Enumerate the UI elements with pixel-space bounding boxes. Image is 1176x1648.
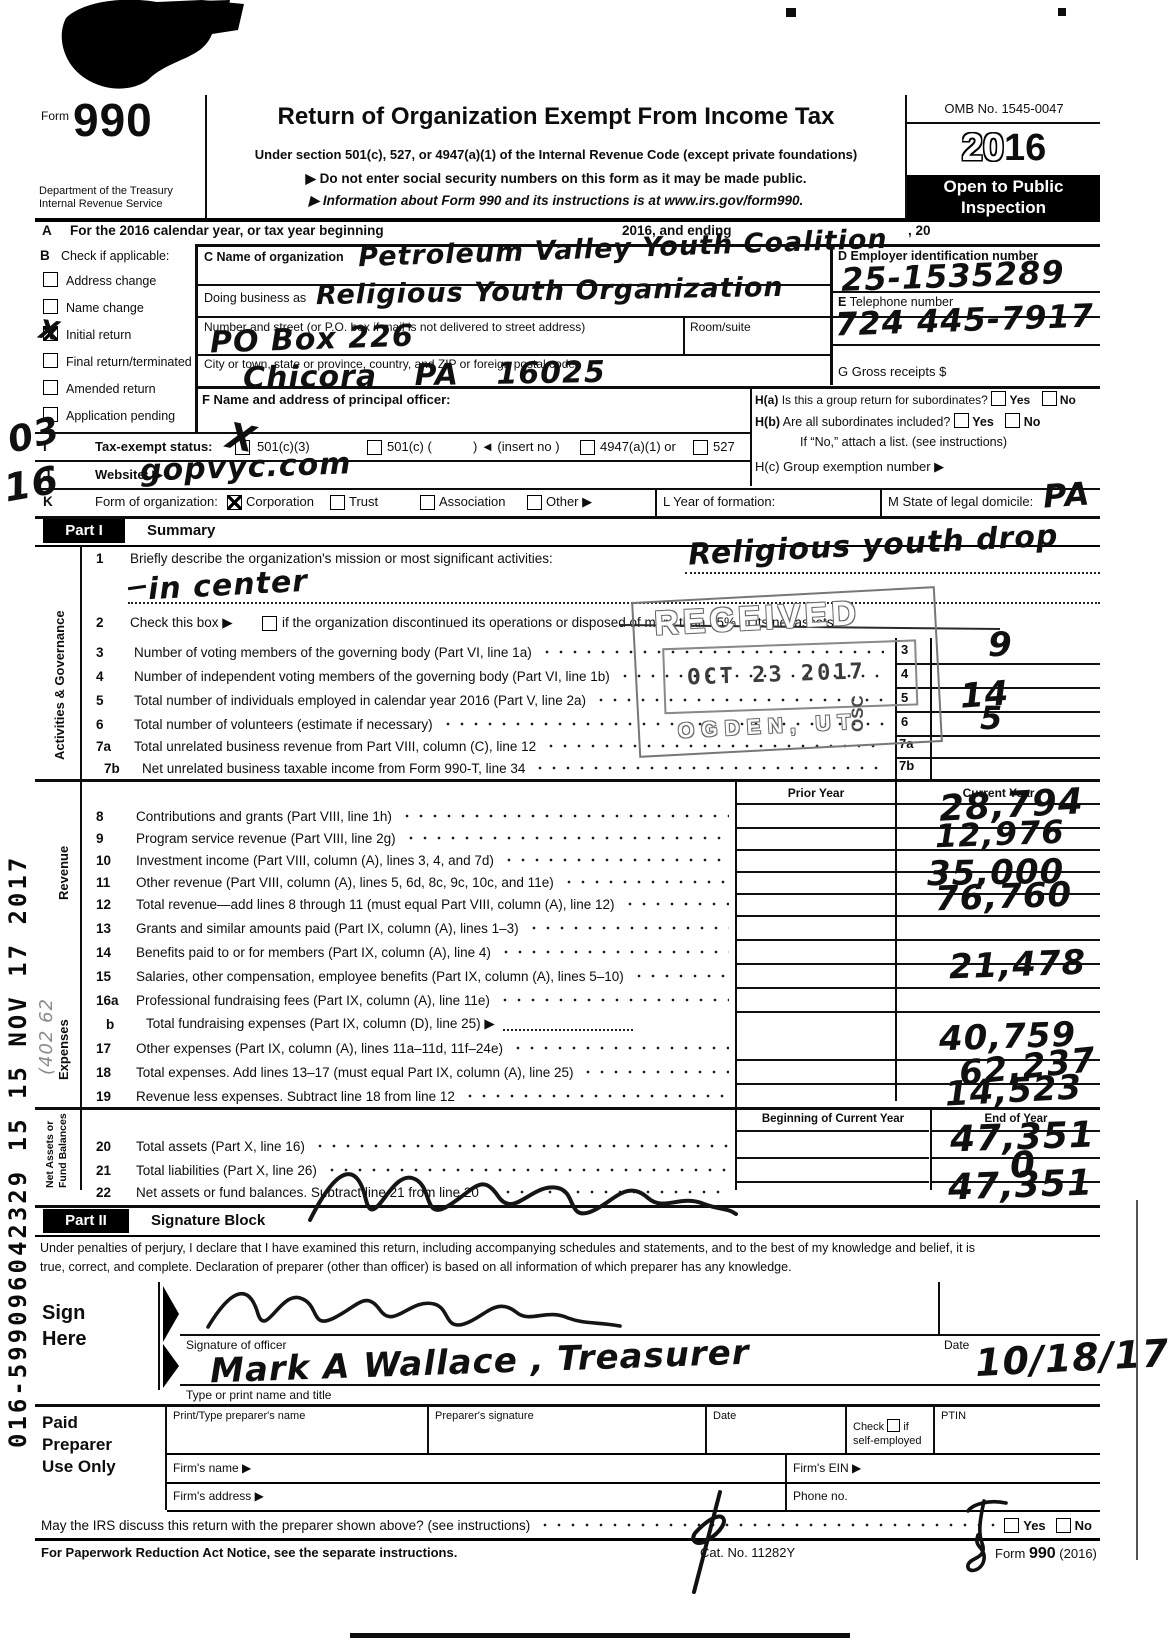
divider (785, 1455, 787, 1482)
header-bullet-1: ▶ Do not enter social security numbers o… (210, 171, 902, 187)
corporation-label: Corporation (246, 494, 314, 509)
line-2-discontinued: 2 Check this box ▶ if the organization d… (90, 612, 1100, 636)
treasury-dept-label: Department of the Treasury Internal Reve… (39, 185, 173, 211)
hc-label: H(c) Group exemption number ▶ (755, 459, 944, 475)
dba-label: Doing business as (204, 291, 306, 305)
line-a-num: A (42, 223, 52, 238)
checkbox-final-return[interactable]: Final return/terminated (43, 353, 192, 371)
divider (35, 779, 1100, 782)
omb-number: OMB No. 1545-0047 (909, 101, 1099, 116)
line-8-prior[interactable] (737, 805, 895, 829)
dot-leader (630, 970, 729, 982)
4947-label: 4947(a)(1) or (600, 439, 676, 454)
line-a-text3: , 20 (908, 223, 931, 238)
discontinued-checkbox[interactable] (262, 616, 277, 631)
line-11-prior[interactable] (737, 871, 895, 895)
fundraising-dotted-line (503, 1017, 633, 1031)
line-21-begin[interactable] (737, 1159, 929, 1183)
line-9-current[interactable]: 12,976 (897, 827, 1100, 851)
line-3-value[interactable]: 9 (932, 641, 1100, 665)
date-label: Date (944, 1338, 969, 1352)
col-header-prior-year: Prior Year (737, 786, 895, 805)
checkbox-icon[interactable] (43, 380, 58, 395)
page-title: Return of Organization Exempt From Incom… (210, 103, 902, 131)
divider (705, 1407, 707, 1453)
header-bullet-2: ▶ Information about Form 990 and its ins… (210, 193, 902, 209)
checkbox-icon[interactable] (43, 353, 58, 368)
divider (158, 1282, 160, 1390)
margin-mark-16: 16 (1, 458, 63, 511)
form-header: Form 990 Department of the Treasury Inte… (35, 95, 1100, 222)
dot-leader (536, 1519, 998, 1531)
trust-checkbox[interactable] (330, 495, 345, 510)
faint-margin-scribble: (402 62 (36, 925, 57, 1075)
dot-leader (497, 946, 729, 958)
line-22-end[interactable]: 47,351 (932, 1181, 1100, 1203)
year-formation-label: L Year of formation: (663, 494, 775, 509)
type-print-label: Type or print name and title (186, 1388, 331, 1402)
line-18-prior[interactable] (737, 1061, 895, 1085)
checkbox-application-pending[interactable]: Application pending (43, 407, 175, 425)
sidebar-label-governance: Activities & Governance (52, 548, 67, 760)
scan-speck (786, 8, 796, 17)
received-stamp-datebox: OCT 23 2017 (662, 639, 918, 714)
dot-leader (398, 810, 729, 822)
line-k-org-form: K Form of organization: Corporation Trus… (35, 490, 1100, 516)
summary-line-20: 20Total assets (Part X, line 16) (90, 1135, 735, 1157)
tax-year: 2016 (909, 127, 1099, 170)
sign-here-label: Sign Here (42, 1300, 86, 1352)
received-stamp-location: OGDEN, UT (677, 710, 858, 743)
association-label: Association (439, 494, 505, 509)
dot-leader (531, 762, 884, 774)
line-10-prior[interactable] (737, 849, 895, 873)
part1-tag: Part I (43, 519, 125, 543)
section-b-checkboxes: B Check if applicable: Address change Na… (35, 246, 195, 432)
divider (785, 1484, 787, 1510)
preparer-row-2: Firm's name ▶ Firm's EIN ▶ (167, 1455, 1100, 1484)
summary-line-17: 17Other expenses (Part IX, column (A), l… (90, 1037, 735, 1059)
association-checkbox[interactable] (420, 495, 435, 510)
summary-line-18: 18Total expenses. Add lines 13–17 (must … (90, 1061, 735, 1083)
divider (80, 545, 82, 1190)
dot-leader (496, 994, 729, 1006)
summary-line-14: 14Benefits paid to or for members (Part … (90, 941, 735, 963)
firm-ein-label: Firm's EIN ▶ (793, 1461, 861, 1475)
sidebar-label-revenue: Revenue (56, 782, 71, 900)
summary-line-19: 19Revenue less expenses. Subtract line 1… (90, 1085, 735, 1107)
c-name-label: C Name of organization (204, 250, 344, 264)
section-g-gross: G Gross receipts $ (833, 346, 1100, 386)
section-c-city: City or town, state or province, country… (198, 356, 830, 386)
line-9-prior[interactable] (737, 827, 895, 851)
501c-checkbox[interactable] (367, 440, 382, 455)
line-j-website: J Website: ▶ gopvyc.com (35, 462, 752, 488)
dot-leader (509, 1042, 729, 1054)
summary-line-9: 9Program service revenue (Part VIII, lin… (90, 827, 735, 849)
corporation-checkbox[interactable] (227, 495, 242, 510)
scan-speck (1058, 8, 1066, 16)
summary-line-10: 10Investment income (Part VIII, column (… (90, 849, 735, 871)
website-value[interactable]: gopvyc.com (139, 446, 352, 488)
form-990-page: Form 990 Department of the Treasury Inte… (0, 0, 1176, 1648)
summary-line-16b: bTotal fundraising expenses (Part IX, co… (90, 1013, 735, 1035)
room-suite-label: Room/suite (690, 320, 751, 334)
divider (683, 318, 685, 354)
pen-mark-bottom-right (960, 1495, 1015, 1575)
other-label: Other ▶ (546, 494, 592, 510)
line-17-prior[interactable] (737, 1037, 895, 1061)
f-label: F Name and address of principal officer: (202, 392, 451, 407)
line-13-current[interactable] (897, 917, 1100, 941)
part1-title: Summary (147, 522, 215, 539)
col-header-beginning: Beginning of Current Year (737, 1113, 929, 1132)
dot-leader (560, 876, 729, 888)
ha-yes-checkbox[interactable] (991, 391, 1006, 406)
line-13-prior[interactable] (737, 917, 895, 941)
divider (427, 1407, 429, 1453)
officer-name-value[interactable]: Mark A Wallace , Treasurer (209, 1333, 750, 1392)
perjury-statement-1: Under penalties of perjury, I declare th… (40, 1241, 1095, 1255)
divider (938, 1282, 940, 1334)
officer-signature-scribble[interactable] (200, 1282, 630, 1334)
checkbox-address-change[interactable]: Address change (43, 272, 156, 290)
section-b-num: B (40, 248, 50, 263)
hb-num: H(b) (755, 415, 780, 429)
ha-text: Is this a group return for subordinates? (782, 393, 988, 407)
received-stamp: RECEIVED OCT 23 2017 OGDEN, UT (631, 586, 943, 758)
preparer-date-label: Date (713, 1410, 736, 1422)
line-7b-value[interactable] (932, 757, 1100, 781)
summary-line-15: 15Salaries, other compensation, employee… (90, 965, 735, 987)
paperwork-notice: For Paperwork Reduction Act Notice, see … (41, 1545, 457, 1560)
sign-arrow-icon (163, 1286, 179, 1342)
checkbox-icon[interactable] (43, 272, 58, 287)
sidebar-label-net-assets-1: Net Assets or (44, 1100, 56, 1188)
check-self-employed-label: Check if (853, 1419, 909, 1433)
527-checkbox[interactable] (693, 440, 708, 455)
line-7b-numbox: 7b (897, 757, 930, 781)
ha-no-checkbox[interactable] (1042, 391, 1057, 406)
scan-edge-line (350, 1633, 850, 1638)
phone-value[interactable]: 724 445-7917 (834, 296, 1094, 343)
firm-address-label: Firm's address ▶ (173, 1489, 264, 1503)
dot-leader (579, 1066, 729, 1078)
open-to-public-badge: Open to Public Inspection (907, 175, 1100, 219)
preparer-signature-label: Preparer's signature (435, 1410, 534, 1422)
mission-label: Briefly describe the organization's miss… (130, 551, 553, 566)
501c-label: 501(c) ( (387, 439, 432, 454)
summary-line-12: 12Total revenue—add lines 8 through 11 (… (90, 893, 735, 915)
line-6-value[interactable]: 5 (932, 713, 1100, 737)
line-19-prior[interactable] (737, 1085, 895, 1107)
org-form-label: Form of organization: (95, 494, 218, 509)
divider (907, 122, 1100, 124)
insert-no-label: ) ◄ (insert no ) (473, 439, 560, 454)
mission-dotted-line-2 (128, 578, 1100, 604)
line-12-current[interactable]: 76,760 (897, 893, 1100, 917)
checkbox-amended-return[interactable]: Amended return (43, 380, 156, 398)
domicile-label: M State of legal domicile: (888, 494, 1033, 509)
line-7a-value[interactable] (932, 735, 1100, 759)
divider (880, 490, 882, 516)
divider (845, 1407, 847, 1453)
part2-tag: Part II (43, 1209, 129, 1233)
preparer-name-label: Print/Type preparer's name (173, 1410, 305, 1422)
line-16a-current[interactable] (897, 989, 1100, 1013)
line-14-prior[interactable] (737, 941, 895, 965)
header-subtitle: Under section 501(c), 527, or 4947(a)(1)… (210, 147, 902, 162)
mission-dotted-line-1 (685, 548, 1100, 574)
line-22-begin[interactable] (737, 1181, 929, 1203)
dot-leader (402, 832, 729, 844)
ha-num: H(a) (755, 393, 778, 407)
dot-leader (525, 922, 729, 934)
summary-line-11: 11Other revenue (Part VIII, column (A), … (90, 871, 735, 893)
line-5-value[interactable]: 14 (932, 689, 1100, 713)
4947-checkbox[interactable] (580, 440, 595, 455)
phone-no-label: Phone no. (793, 1489, 848, 1503)
section-c-street: Number and street (or P.O. box if mail i… (198, 318, 830, 354)
hb-text: Are all subordinates included? (783, 415, 950, 429)
checkbox-name-change[interactable]: Name change (43, 299, 144, 317)
sidebar-label-expenses: Expenses (56, 912, 71, 1080)
irs-discuss-row: May the IRS discuss this return with the… (35, 1512, 1100, 1541)
dot-leader (500, 854, 729, 866)
dba-value[interactable]: Religious Youth Organization (316, 272, 784, 311)
summary-line-7b: 7b Net unrelated business taxable income… (90, 757, 890, 779)
received-stamp-side-text: OSC (848, 612, 868, 732)
sidebar-label-net-assets-2: Fund Balances (57, 1100, 69, 1188)
line-20-begin[interactable] (737, 1135, 929, 1159)
line2-pre: Check this box ▶ (130, 615, 233, 631)
form-number: 990 (73, 93, 153, 147)
irs-discuss-text: May the IRS discuss this return with the… (35, 1518, 530, 1533)
divider (655, 490, 657, 516)
scan-edge-line-right (1136, 1200, 1138, 1560)
other-checkbox[interactable] (527, 495, 542, 510)
part2-title: Signature Block (151, 1212, 265, 1229)
section-f-officer: F Name and address of principal officer: (198, 389, 750, 435)
trust-label: Trust (349, 494, 378, 509)
line-a-text1: For the 2016 calendar year, or tax year … (70, 223, 384, 238)
hb-yes-checkbox[interactable] (954, 413, 969, 428)
line-15-prior[interactable] (737, 965, 895, 989)
sign-date-value[interactable]: 10/18/17 (974, 1331, 1170, 1385)
perjury-statement-2: true, correct, and complete. Declaration… (40, 1260, 1095, 1274)
scan-ink-blob (52, 0, 247, 102)
pen-mark-bottom-left (680, 1488, 740, 1598)
divider (35, 1107, 1100, 1110)
preparer-row-1: Print/Type preparer's name Preparer's si… (167, 1407, 1100, 1455)
gross-receipts-label: G Gross receipts $ (838, 364, 946, 379)
dot-leader (461, 1090, 729, 1102)
dot-leader (621, 898, 730, 910)
summary-line-13: 13Grants and similar amounts paid (Part … (90, 917, 735, 939)
form-label: Form (41, 109, 69, 123)
line-15-current[interactable]: 21,478 (897, 965, 1100, 989)
line-19-current[interactable]: 14,523 (897, 1085, 1100, 1107)
hb-note: If “No,” attach a list. (see instruction… (800, 435, 1007, 449)
discuss-no-checkbox[interactable] (1056, 1518, 1071, 1533)
received-stamp-date: OCT 23 2017 (687, 659, 866, 690)
summary-line-8: 8Contributions and grants (Part VIII, li… (90, 805, 735, 827)
sign-arrow-icon (163, 1344, 179, 1388)
dln-stamp: 016-599096042329 15 15 NOV 17 2017 (4, 758, 32, 1448)
527-label: 527 (713, 439, 735, 454)
line-16a-prior[interactable] (737, 989, 895, 1013)
divider (833, 291, 1100, 293)
hb-no-checkbox[interactable] (1005, 413, 1020, 428)
line-12-prior[interactable] (737, 893, 895, 917)
divider (933, 1407, 935, 1453)
tax-year-outline: 20 (962, 127, 1004, 169)
section-b-label: Check if applicable: (61, 249, 169, 263)
pen-scribble-signature (300, 1160, 740, 1230)
divider (180, 1384, 1100, 1386)
checkbox-icon[interactable] (43, 299, 58, 314)
received-stamp-text: RECEIVED (653, 594, 861, 644)
line-4-value[interactable] (932, 665, 1100, 689)
summary-line-16a: 16aProfessional fundraising fees (Part I… (90, 989, 735, 1011)
domicile-value[interactable]: PA (1042, 474, 1092, 515)
divider (205, 95, 207, 218)
ptin-label: PTIN (941, 1410, 966, 1422)
paid-preparer-label: Paid Preparer Use Only (42, 1412, 116, 1478)
firm-name-label: Firm's name ▶ (173, 1461, 251, 1475)
dot-leader (311, 1140, 729, 1152)
handwritten-x-mark: X (37, 315, 62, 348)
self-employed-checkbox[interactable] (887, 1419, 900, 1432)
